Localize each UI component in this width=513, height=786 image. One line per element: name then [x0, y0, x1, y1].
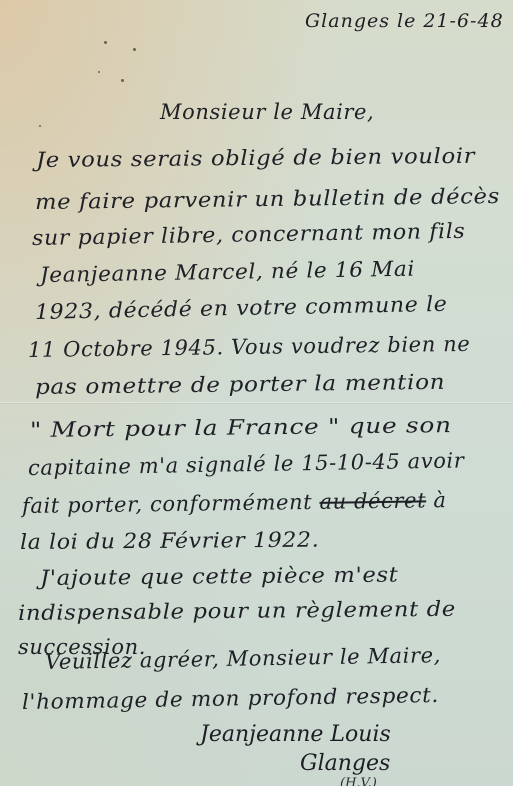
body-line-1: Je vous serais obligé de bien vouloir — [36, 144, 475, 172]
body-line-12: J'ajoute que cette pièce m'est — [40, 563, 399, 590]
signature-block: Jeanjeanne Louis Glanges — [200, 722, 391, 776]
body-line-7: pas omettre de porter la mention — [35, 370, 446, 399]
body-line-2: me faire parvenir un bulletin de décès — [35, 184, 500, 214]
closing-line-2: l'hommage de mon profond respect. — [22, 683, 439, 714]
struck-out-text: au décret — [319, 488, 426, 513]
signature-name: Jeanjeanne Louis — [200, 722, 391, 747]
paper-fold-line — [0, 402, 513, 403]
body-line-10: fait porter, conformément au décret à — [22, 488, 447, 518]
body-line-8: " Mort pour la France " que son — [30, 413, 452, 442]
body-line-11: la loi du 28 Février 1922. — [20, 528, 320, 554]
paper-speck — [104, 41, 107, 44]
paper-speck — [133, 48, 136, 51]
paper-speck — [39, 125, 41, 127]
body-line-13: indispensable pour un règlement de — [18, 597, 456, 625]
signature-place: Glanges — [300, 751, 391, 776]
paper-speck — [121, 79, 124, 82]
body-line-6: 11 Octobre 1945. Vous voudrez bien ne — [28, 332, 471, 362]
body-line-10-text: fait porter, conformément — [22, 490, 313, 518]
body-line-5: 1923, décédé en votre commune le — [35, 292, 448, 324]
body-line-4: Jeanjeanne Marcel, né le 16 Mai — [40, 257, 415, 287]
place-date-header: Glanges le 21-6-48 — [305, 10, 504, 32]
paper-speck — [98, 71, 100, 73]
body-line-10-tail: à — [433, 488, 446, 512]
body-line-3: sur papier libre, concernant mon fils — [32, 219, 466, 250]
body-line-9: capitaine m'a signalé le 15-10-45 avoir — [28, 448, 465, 480]
salutation: Monsieur le Maire, — [160, 100, 374, 124]
signature-partial-text: (H.V.) — [340, 776, 377, 786]
